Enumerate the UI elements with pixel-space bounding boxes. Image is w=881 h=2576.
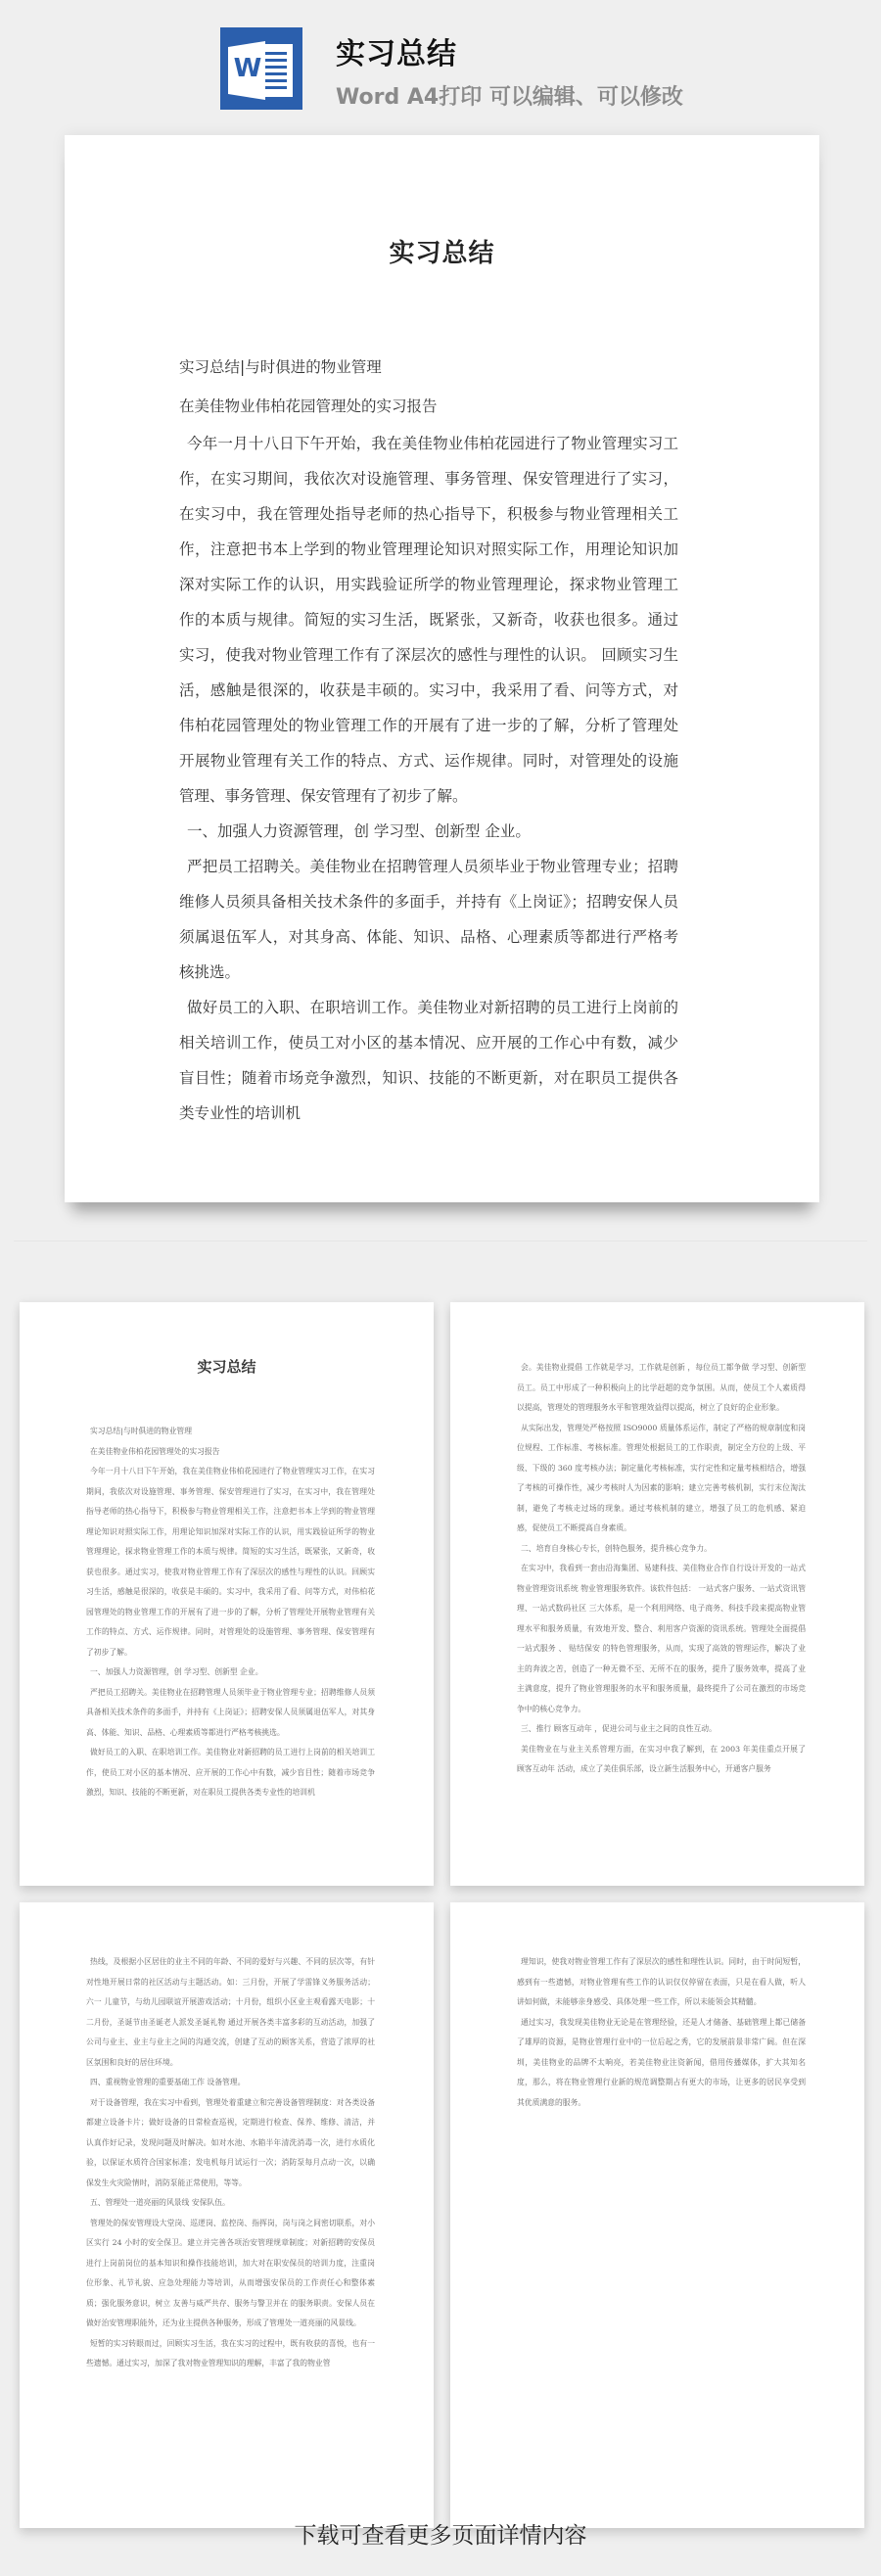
header-subtitle: Word A4打印 可以编辑、可以修改 bbox=[336, 80, 683, 111]
thumbnail-paragraph: 严把员工招聘关。美佳物业在招聘管理人员须毕业于物业管理专业；招聘维修人员须具备相… bbox=[86, 1683, 375, 1744]
thumbnail-body: 实习总结|与时俱进的物业管理 在美佳物业伟柏花园管理处的实习报告 今年一月十八日… bbox=[86, 1422, 375, 1803]
thumbnail-paragraph: 从实际出发，管理处严格按照 ISO9000 质量体系运作，制定了严格的规章制度和… bbox=[517, 1419, 806, 1539]
thumbnail-paragraph: 管理处的保安管理设大堂岗、巡逻岗、监控岗、指挥岗，岗与岗之间密切联系，对小区实行… bbox=[86, 2214, 375, 2334]
thumbnail-body: 会。美佳物业提倡 工作就是学习，工作就是创新 ，每位员工都争做 学习型、创新型 … bbox=[517, 1358, 806, 1780]
thumbnail-paragraph: 三、推行 顾客互动年 ，促进公司与业主之间的良性互动。 bbox=[517, 1719, 806, 1740]
thumbnail-paragraph: 短暂的实习转眼而过，回顾实习生活，我在实习的过程中，既有收获的喜悦，也有一些遗憾… bbox=[86, 2334, 375, 2374]
thumbnail-paragraph: 做好员工的入职、在职培训工作。美佳物业对新招聘的员工进行上岗前的相关培训工作，使… bbox=[86, 1743, 375, 1803]
document-title: 实习总结 bbox=[65, 233, 819, 269]
document-lines-icon bbox=[261, 44, 293, 97]
thumbnail-paragraph: 五、管理处一道亮丽的风景线 安保队伍。 bbox=[86, 2193, 375, 2214]
thumbnail-body: 热线，及根据小区居住的业主不同的年龄、不同的爱好与兴趣、不同的层次等，有针对性地… bbox=[86, 1952, 375, 2374]
thumbnail-paragraph: 一、加强人力资源管理，创 学习型、创新型 企业。 bbox=[86, 1663, 375, 1683]
section-heading: 一、加强人力资源管理，创 学习型、创新型 企业。 bbox=[179, 814, 678, 849]
word-letter: W bbox=[233, 54, 262, 83]
header: W 实习总结 Word A4打印 可以编辑、可以修改 bbox=[0, 0, 881, 127]
paragraph: 今年一月十八日下午开始，我在美佳物业伟柏花园进行了物业管理实习工作，在实习期间，… bbox=[179, 426, 678, 814]
thumbnail-paragraph: 实习总结|与时俱进的物业管理 bbox=[86, 1422, 375, 1442]
main-page-preview: 实习总结 实习总结|与时俱进的物业管理 在美佳物业伟柏花园管理处的实习报告 今年… bbox=[65, 135, 819, 1202]
thumbnail-paragraph: 理知识，使我对物业管理工作有了深层次的感性和理性认识。同时，由于时间短暂，感到有… bbox=[517, 1952, 806, 2013]
thumbnail-paragraph: 美佳物业在与业主关系管理方面，在实习中我了解到，在 2003 年美佳重点开展了 … bbox=[517, 1740, 806, 1780]
thumbnail-paragraph: 四、重视物业管理的重要基础工作 设备管理。 bbox=[86, 2073, 375, 2093]
section-divider bbox=[14, 1241, 867, 1241]
thumbnail-paragraph: 在实习中，我看到一套由沿海集团、易建科技、美佳物业合作自行设计开发的一站式物业管… bbox=[517, 1559, 806, 1719]
thumbnail-paragraph: 在美佳物业伟柏花园管理处的实习报告 bbox=[86, 1442, 375, 1463]
subtitle-line: 实习总结|与时俱进的物业管理 bbox=[179, 348, 678, 387]
word-document-icon: W bbox=[220, 27, 302, 110]
paragraph: 严把员工招聘关。美佳物业在招聘管理人员须毕业于物业管理专业；招聘维修人员须具备相… bbox=[179, 849, 678, 990]
thumbnail-paragraph: 今年一月十八日下午开始，我在美佳物业伟柏花园进行了物业管理实习工作，在实习期间，… bbox=[86, 1462, 375, 1663]
paragraph: 做好员工的入职、在职培训工作。美佳物业对新招聘的员工进行上岗前的相关培训工作，使… bbox=[179, 990, 678, 1131]
thumbnail-paragraph: 二、培育自身核心专长，创特色服务，提升核心竞争力。 bbox=[517, 1539, 806, 1560]
thumbnail-paragraph: 通过实习，我发现美佳物业无论是在管理经验，还是人才储备、基础管理上都已储备了雄厚… bbox=[517, 2013, 806, 2114]
thumbnail-paragraph: 会。美佳物业提倡 工作就是学习，工作就是创新 ，每位员工都争做 学习型、创新型 … bbox=[517, 1358, 806, 1419]
thumbnail-title: 实习总结 bbox=[20, 1356, 434, 1377]
page-thumbnail-3[interactable]: 热线，及根据小区居住的业主不同的年龄、不同的爱好与兴趣、不同的层次等，有针对性地… bbox=[20, 1902, 434, 2528]
thumbnail-paragraph: 对于设备管理，我在实习中看到，管理处着重建立和完善设备管理制度：对各类设备都建立… bbox=[86, 2093, 375, 2194]
download-more-link[interactable]: 下载可查看更多页面详情内容 bbox=[0, 2517, 881, 2550]
document-body: 实习总结|与时俱进的物业管理 在美佳物业伟柏花园管理处的实习报告 今年一月十八日… bbox=[179, 348, 678, 1131]
page-thumbnail-1[interactable]: 实习总结 实习总结|与时俱进的物业管理 在美佳物业伟柏花园管理处的实习报告 今年… bbox=[20, 1302, 434, 1886]
page-thumbnail-4[interactable]: 理知识，使我对物业管理工作有了深层次的感性和理性认识。同时，由于时间短暂，感到有… bbox=[450, 1902, 864, 2528]
header-title: 实习总结 bbox=[336, 29, 457, 72]
thumbnail-paragraph: 热线，及根据小区居住的业主不同的年龄、不同的爱好与兴趣、不同的层次等，有针对性地… bbox=[86, 1952, 375, 2073]
subtitle-line: 在美佳物业伟柏花园管理处的实习报告 bbox=[179, 387, 678, 426]
thumbnail-body: 理知识，使我对物业管理工作有了深层次的感性和理性认识。同时，由于时间短暂，感到有… bbox=[517, 1952, 806, 2113]
page-thumbnail-2[interactable]: 会。美佳物业提倡 工作就是学习，工作就是创新 ，每位员工都争做 学习型、创新型 … bbox=[450, 1302, 864, 1886]
